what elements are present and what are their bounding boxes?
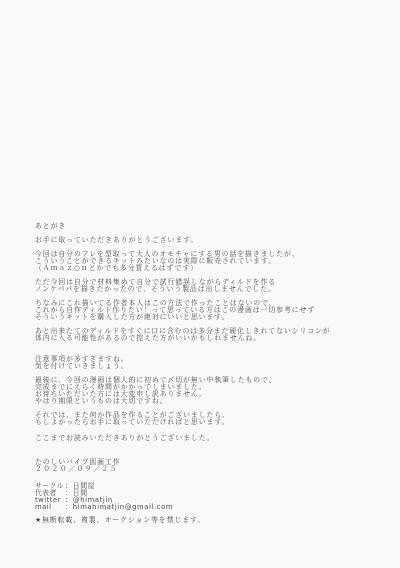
text-line: （Ａｍａｚ○ｎとかでも多分買えるはずです）: [35, 265, 375, 272]
text-line: もしよかったらお手に取っていただければと思います。: [35, 419, 375, 426]
credit-separator: ：: [65, 504, 73, 511]
credits-block: サークル：日間屋 代表者：日間 twitter：@himatjin mail：h…: [35, 483, 375, 511]
afterword-paragraph: 最後に、今回の漫画は個人的に初めて〆切が無い中執筆したもので、 完成までにえらく…: [35, 377, 375, 405]
credit-value: himahimatjin@gmail.com: [73, 503, 173, 511]
afterword-closing: ここまでお読みいただきありがとうございました。: [35, 435, 375, 442]
text-line: ノンケパパを描きたかったので、そういう製品は出しませんでした。: [35, 286, 375, 293]
afterword-text-block: あとがき お手に取っていただきありがとうございます。 今回は自分のアレを型取って…: [35, 223, 375, 524]
text-line: やはり期限というものは大切ですね。: [35, 398, 375, 405]
afterword-page: あとがき お手に取っていただきありがとうございます。 今回は自分のアレを型取って…: [0, 0, 400, 568]
text-line: そういうキットを購入した方が絶対にいいと思います。: [35, 314, 375, 321]
text-line: 気を付けていきましょう。: [35, 363, 375, 370]
publication-date: ２０２０／０９／２５: [35, 466, 375, 473]
credit-label: mail: [35, 504, 65, 511]
afterword-paragraph: 注意事項が多すぎますね。 気を付けていきましょう。: [35, 356, 375, 370]
credit-mail: mail：himahimatjin@gmail.com: [35, 504, 375, 511]
afterword-paragraph: ちなみにこれ描いてる作者本人はこの方法で作ったことはないので、 これから自作ディ…: [35, 300, 375, 321]
afterword-heading: あとがき: [35, 223, 375, 230]
copyright-notice: ★無断転載、複製、オークション等を禁じます。: [35, 517, 375, 524]
colophon: たのしいバイブ図画工作 ２０２０／０９／２５ サークル：日間屋 代表者：日間 t…: [35, 459, 375, 524]
afterword-paragraph: ただ今回は自分で材料集めて自分で試行錯誤しながらディルドを作る ノンケパパを描き…: [35, 279, 375, 293]
afterword-paragraph: あと出来たてのディルドをすぐに口に含むのは多分まだ硬化しきれてないシリコンが 体…: [35, 328, 375, 342]
text-line: 体内に入る可能性があるので控えた方がいいかもしれませんね。: [35, 335, 375, 342]
text-line: ここまでお読みいただきありがとうございました。: [35, 435, 375, 442]
afterword-paragraph: 今回は自分のアレを型取って大人のオモチャにする男の話を描きましたが、 こういうこ…: [35, 251, 375, 272]
afterword-paragraph: それでは、また何か作品を作ることがございましたら、 もしよかったらお手に取ってい…: [35, 412, 375, 426]
afterword-paragraph: お手に取っていただきありがとうございます。: [35, 237, 375, 244]
text-line: お手に取っていただきありがとうございます。: [35, 237, 375, 244]
